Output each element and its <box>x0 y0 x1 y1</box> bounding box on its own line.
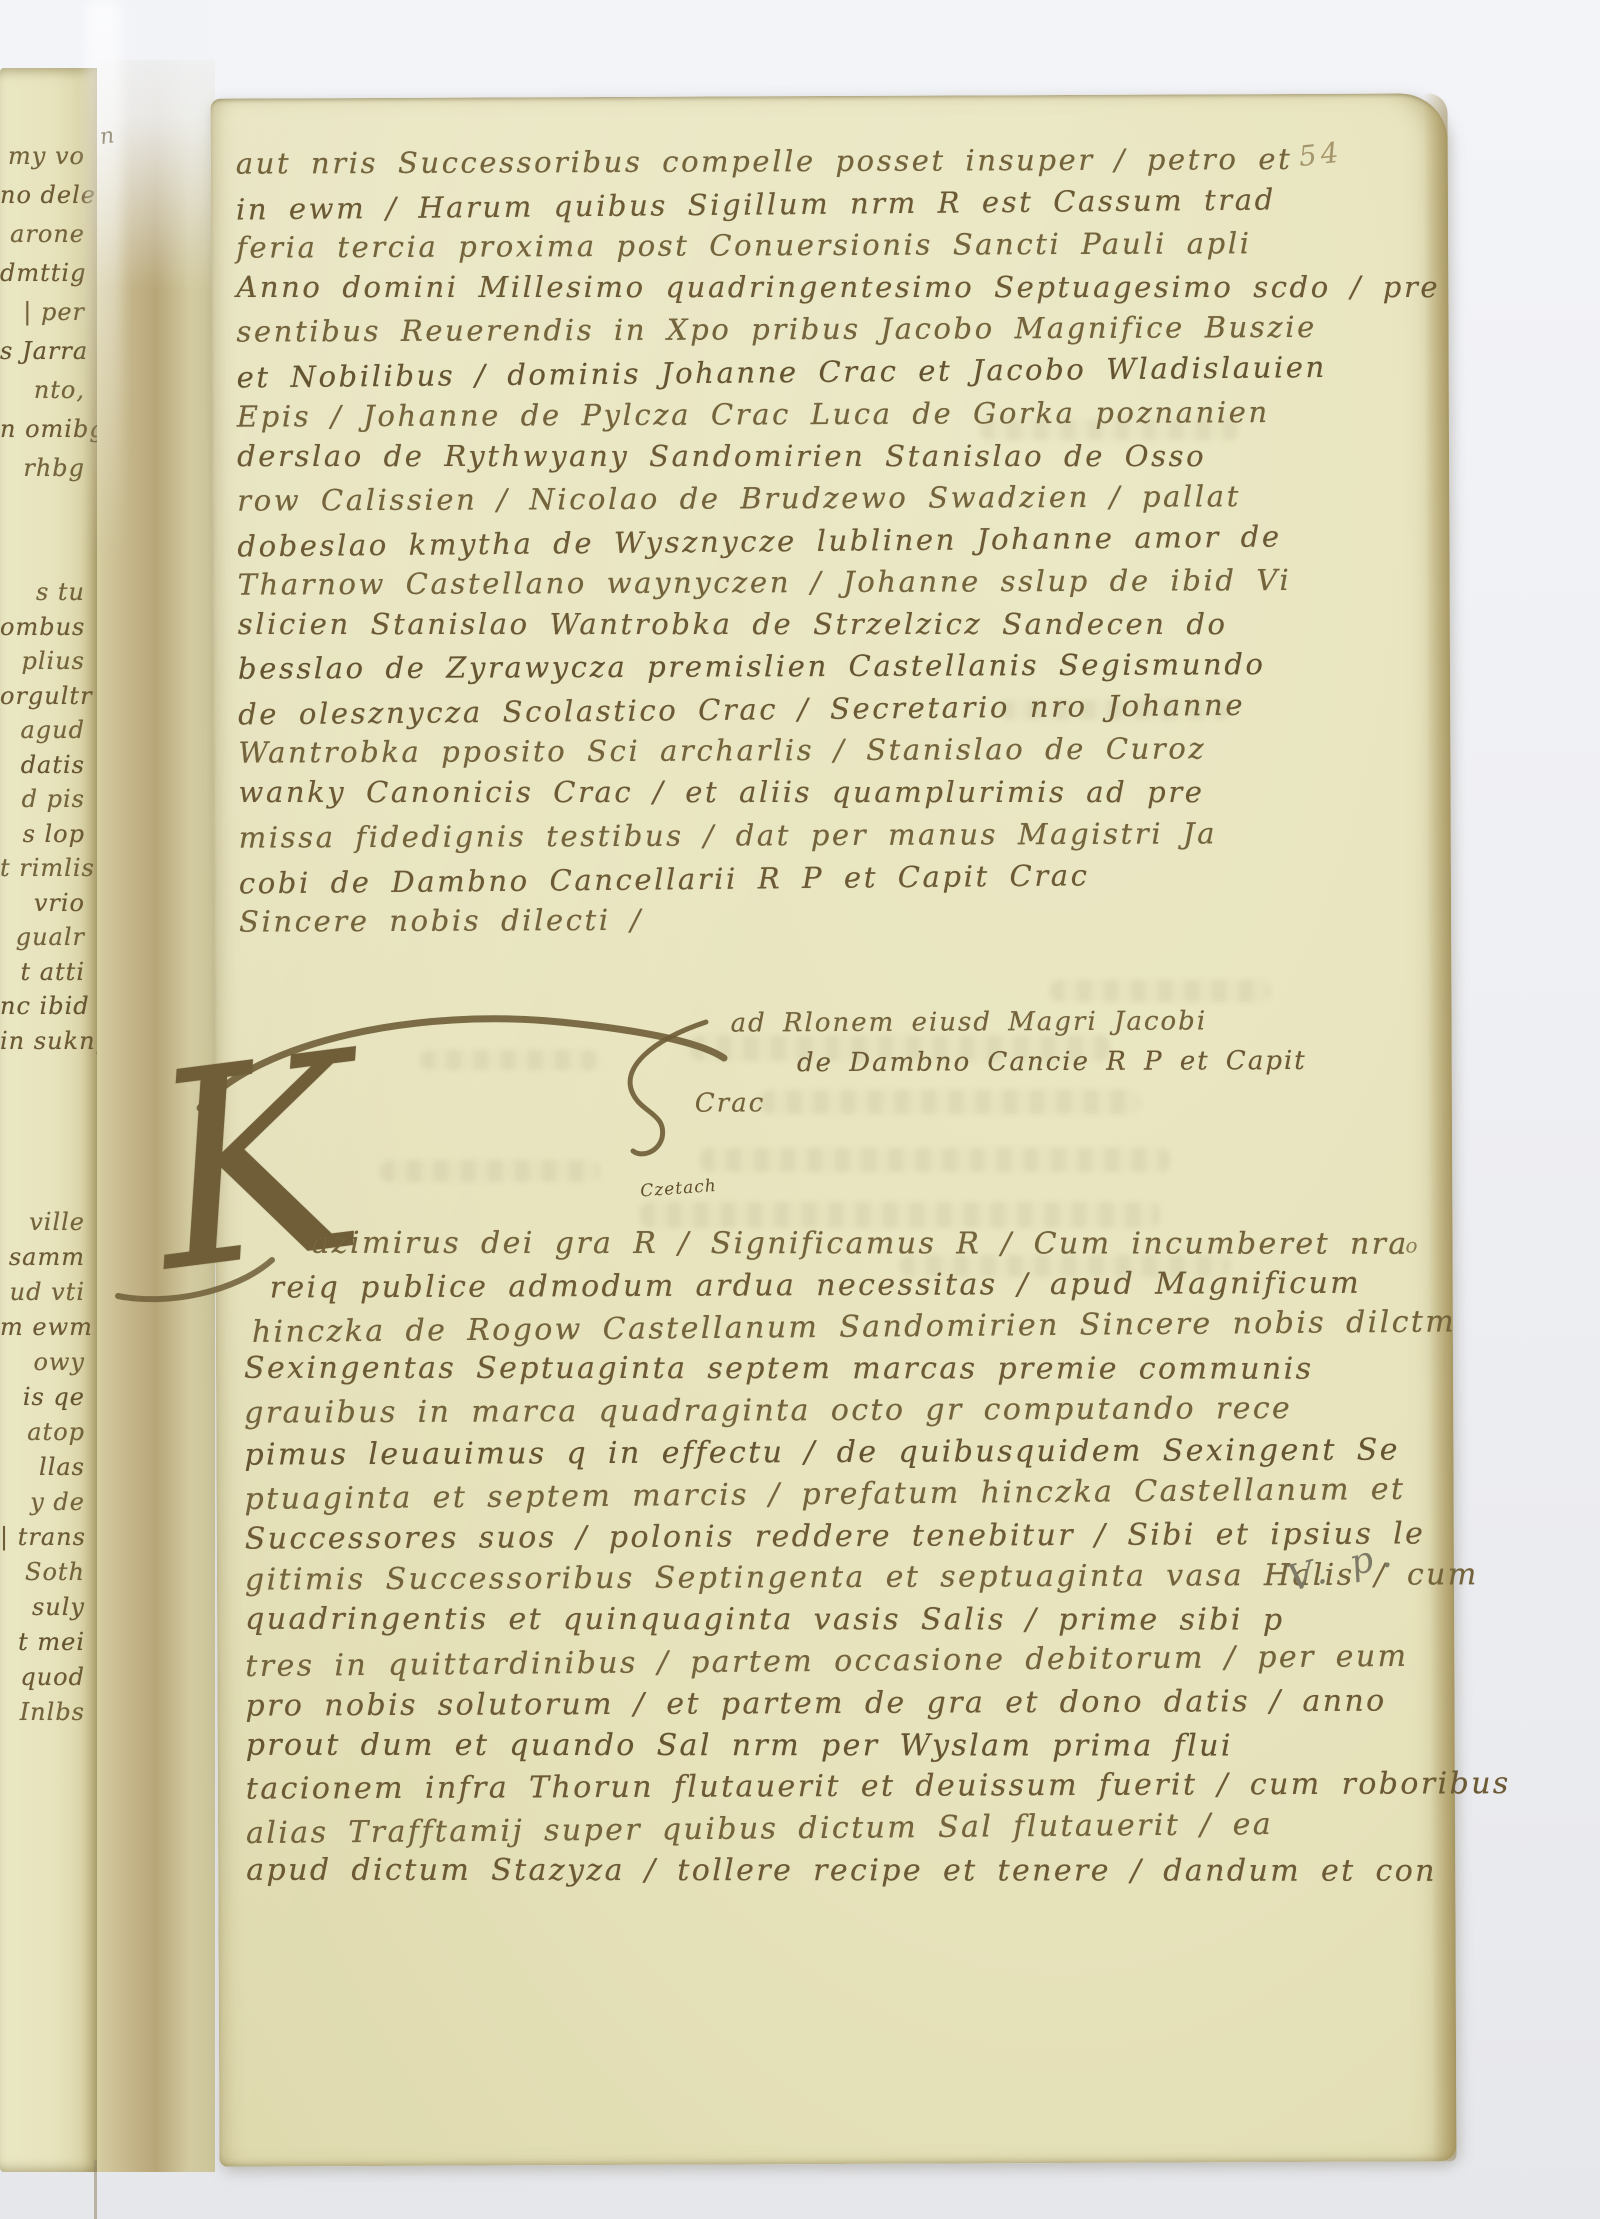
facing-page-fragment: owy <box>0 1348 90 1383</box>
manuscript-line: missa fidedignis testibus / dat per manu… <box>239 815 1324 862</box>
facing-page-fragment: samm <box>0 1243 90 1278</box>
facing-page-fragment: arone <box>0 220 90 259</box>
interlinear-note: Czetach <box>640 1176 718 1202</box>
manuscript-line: slicien Stanislao Wantrobka de Strzelzic… <box>238 607 1323 649</box>
facing-page-fragment: Inlbs <box>0 1698 90 1733</box>
facing-page-fragment: n omibg <box>0 415 90 454</box>
facing-page-edge: my vono delearonedmttig| pers Jarranto,n… <box>0 68 97 2172</box>
bleedthrough-smudge <box>380 1160 600 1182</box>
manuscript-line: Successores suos / polonis reddere teneb… <box>245 1516 1345 1563</box>
facing-page-fragment: t rimlis <box>0 854 90 889</box>
manuscript-line: pro nobis solutorum / et partem de gra e… <box>245 1684 1345 1731</box>
facing-page-fragment: d pis <box>0 785 90 820</box>
facing-page-fragment: nto, <box>0 376 90 415</box>
facing-page-fragment: orgultr <box>0 682 90 717</box>
manuscript-line: derslao de Rythwyany Sandomirien Stanisl… <box>237 439 1322 481</box>
lower-leaf-edge <box>94 2160 97 2219</box>
facing-page-fragment: plius <box>0 647 90 682</box>
manuscript-line: feria tercia proxima post Conuersionis S… <box>236 226 1321 273</box>
manuscript-line: row Calissien / Nicolao de Brudzewo Swad… <box>237 479 1322 526</box>
manuscript-line: Anno domini Millesimo quadringentesimo S… <box>236 271 1321 313</box>
facing-page-fragment: rhbg <box>0 454 90 493</box>
facing-page-fragment: no dele <box>0 181 90 220</box>
facing-page-fragment: atop <box>0 1418 90 1453</box>
facing-page-fragments-top: my vono delearonedmttig| pers Jarranto,n… <box>0 142 90 493</box>
facing-page-fragment: t mei <box>0 1628 90 1663</box>
facing-page-fragment: ville <box>0 1208 90 1243</box>
manuscript-line: gitimis Successoribus Septingenta et sep… <box>245 1558 1345 1605</box>
page-right-edge <box>1423 93 1456 2161</box>
facing-page-fragment: nc ibid <box>0 992 90 1027</box>
manuscript-line: sentibus Reuerendis in Xpo pribus Jacobo… <box>236 310 1321 357</box>
facing-page-fragment: vrio <box>0 889 90 924</box>
manuscript-line: pimus leuauimus q in effectu / de quibus… <box>244 1433 1344 1480</box>
bleedthrough-smudge <box>640 1202 1160 1228</box>
facing-page-fragment: y de <box>0 1488 90 1523</box>
facing-page-fragment: s lop <box>0 820 90 855</box>
facing-page-fragment: in suknp <box>0 1027 90 1062</box>
manuscript-line: wanky Canonicis Crac / et aliis quamplur… <box>239 776 1324 818</box>
text-block-first-entry: aut nris Successoribus compelle posset i… <box>236 142 1324 947</box>
facing-page-fragment: | per <box>0 298 90 337</box>
facing-page-fragment: Soth <box>0 1558 90 1593</box>
manuscript-line: quadringentis et quinquaginta vasis Sali… <box>245 1602 1345 1645</box>
facing-page-fragment: ud vti <box>0 1278 90 1313</box>
facing-page-fragment: | trans <box>0 1523 90 1558</box>
facing-page-fragment: llas <box>0 1453 90 1488</box>
manuscript-line: tres in quittardinibus / partem occasion… <box>245 1639 1345 1690</box>
manuscript-photograph: my vono delearonedmttig| pers Jarranto,n… <box>0 0 1600 2219</box>
facing-page-fragment: suly <box>0 1593 90 1628</box>
manuscript-line: tacionem infra Thorun flutauerit et deui… <box>246 1767 1346 1814</box>
manuscript-line: aut nris Successoribus compelle posset i… <box>236 142 1321 189</box>
gutter-pencil-mark: n <box>98 123 118 150</box>
right-margin-mark: o <box>1405 1233 1417 1257</box>
text-block-second-entry: azimirus dei gra R / Significamus R / Cu… <box>243 1224 1346 1898</box>
facing-page-fragment: is qe <box>0 1383 90 1418</box>
facing-page-fragment: m ewm <box>0 1313 90 1348</box>
manuscript-line: besslao de Zyrawycza premislien Castella… <box>238 647 1323 694</box>
facing-page-fragment: gualr <box>0 923 90 958</box>
facing-page-fragment: s Jarra <box>0 337 90 376</box>
manuscript-line: Wantrobka pposito Sci archarlis / Stanis… <box>238 731 1323 778</box>
manuscript-line: hinczka de Rogow Castellanum Sandomirien… <box>244 1305 1344 1356</box>
facing-page-fragment: agud <box>0 716 90 751</box>
manuscript-line: grauibus in marca quadraginta octo gr co… <box>244 1391 1344 1438</box>
manuscript-line: apud dictum Stazyza / tollere recipe et … <box>246 1853 1346 1896</box>
manuscript-line: alias Trafftamij super quibus dictum Sal… <box>246 1807 1346 1858</box>
bleedthrough-smudge <box>980 420 1240 440</box>
facing-page-fragments-middle: s tuombuspliusorgultraguddatisd piss lop… <box>0 578 90 1061</box>
facing-page-fragment: datis <box>0 751 90 786</box>
manuscript-line: ptuaginta et septem marcis / prefatum hi… <box>244 1472 1344 1523</box>
bleedthrough-smudge <box>900 1255 1230 1277</box>
facing-page-fragment: t atti <box>0 958 90 993</box>
facing-page-fragment: s tu <box>0 578 90 613</box>
bleedthrough-smudge <box>420 1050 600 1070</box>
bleedthrough-smudge <box>700 1148 1170 1172</box>
facing-page-fragment: ombus <box>0 613 90 648</box>
bleedthrough-smudge <box>760 1090 1140 1114</box>
bleedthrough-smudge <box>1050 980 1270 1002</box>
facing-page-fragment: quod <box>0 1663 90 1698</box>
gutter-light-reflection <box>86 0 122 560</box>
facing-page-fragments-bottom: villesammud vtim ewmowyis qeatopllasy de… <box>0 1208 90 1733</box>
manuscript-line: Sexingentas Septuaginta septem marcas pr… <box>244 1351 1344 1394</box>
facing-page-fragment: dmttig <box>0 259 90 298</box>
manuscript-line: prout dum et quando Sal nrm per Wyslam p… <box>246 1727 1346 1770</box>
manuscript-page: 54 aut nris Successoribus compelle posse… <box>210 93 1456 2166</box>
bleedthrough-smudge <box>1000 700 1230 720</box>
bleedthrough-smudge <box>690 1035 1110 1061</box>
facing-page-fragment: my vo <box>0 142 90 181</box>
